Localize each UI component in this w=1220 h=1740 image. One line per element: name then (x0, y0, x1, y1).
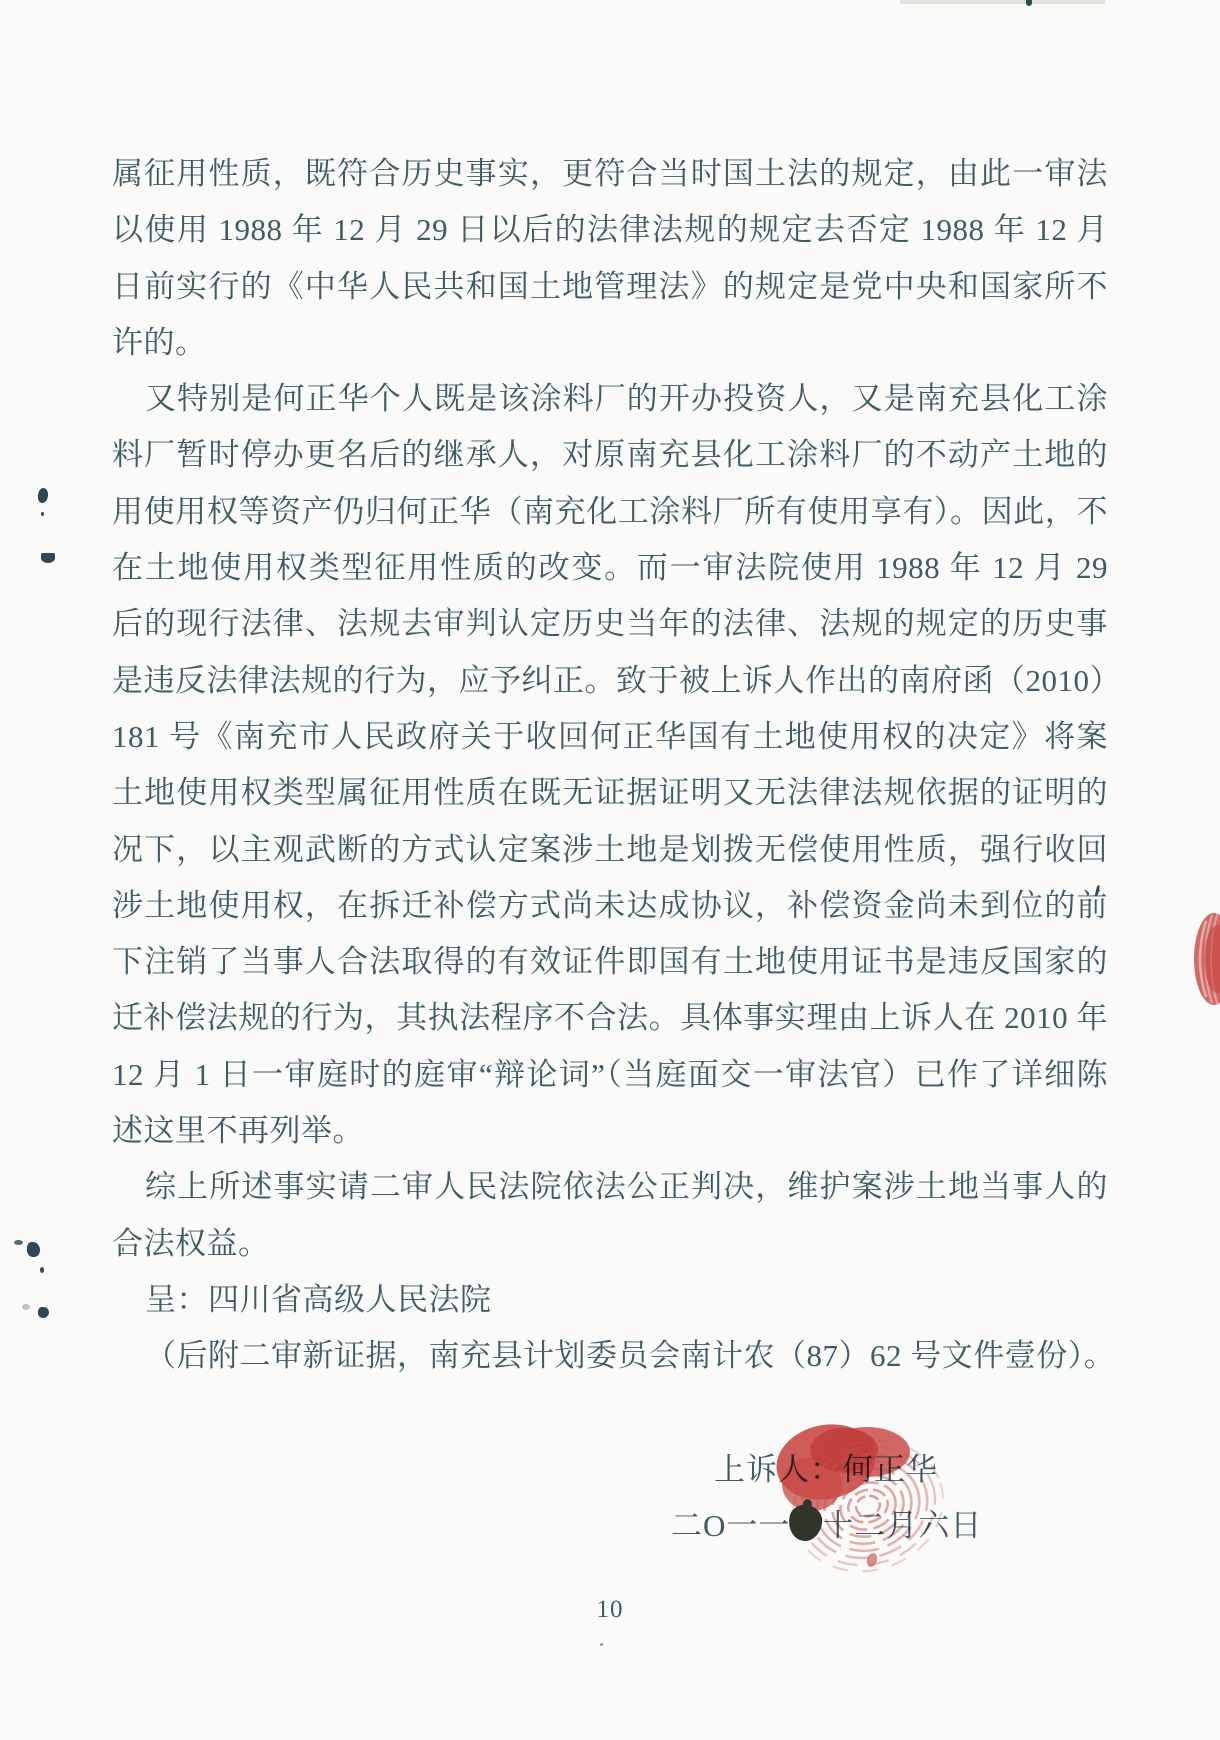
document-line: 在土地使用权类型征用性质的改变。而一审法院使用 1988 年 12 月 29 日… (112, 540, 1108, 596)
document-line: 况下，以主观武断的方式认定案涉土地是划拨无偿使用性质，强行收回案 (112, 822, 1108, 878)
document-line: 合法权益。 (112, 1216, 1108, 1272)
ink-speck (40, 1267, 44, 1273)
document-line: 181 号《南充市人民政府关于收回何正华国有土地使用权的决定》将案涉 (112, 709, 1108, 765)
ink-speck (600, 1643, 603, 1646)
document-line: 日前实行的《中华人民共和国土地管理法》的规定是党中央和国家所不允 (112, 259, 1108, 315)
document-line: 许的。 (112, 315, 1108, 371)
page-number: 10 (0, 1596, 1220, 1624)
document-line: 迁补偿法规的行为，其执法程序不合法。具体事实理由上诉人在 2010 年 (112, 990, 1108, 1046)
document-line: 呈：四川省高级人民法院 (112, 1272, 1108, 1328)
document-body: 属征用性质，既符合历史事实，更符合当时国土法的规定，由此一审法院 以使用 198… (112, 146, 1108, 1385)
document-line: （后附二审新证据，南充县计划委员会南计农（87）62 号文件壹份）。 (112, 1328, 1108, 1384)
ink-speck (1026, 0, 1032, 6)
ink-speck (14, 1240, 23, 1245)
scanned-document-page: 属征用性质，既符合历史事实，更符合当时国土法的规定，由此一审法院 以使用 198… (0, 0, 1220, 1740)
document-line: 综上所述事实请二审人民法院依法公正判决，维护案涉土地当事人的 (112, 1159, 1108, 1215)
document-line: 用使用权等资产仍归何正华（南充化工涂料厂所有使用享有）。因此，不存 (112, 484, 1108, 540)
red-edge-thumbprint (1184, 903, 1220, 1015)
signature-appellant-name: 上诉人：何正华 (714, 1444, 938, 1489)
scanner-artifact-line (900, 0, 1105, 4)
document-line: 下注销了当事人合法取得的有效证件即国有土地使用证书是违反国家的拆 (112, 934, 1108, 990)
signature-date: 二O一一年十二月六日 (671, 1500, 982, 1545)
document-line: 又特别是何正华个人既是该涂料厂的开办投资人，又是南充县化工涂 (112, 371, 1108, 427)
document-line: 是违反法律法规的行为，应予纠正。致于被上诉人作出的南府函（2010） (112, 653, 1108, 709)
document-line: 涉土地使用权，在拆迁补偿方式尚未达成协议，补偿资金尚未到位的前提 (112, 878, 1108, 934)
ink-speck (41, 553, 55, 563)
document-line: 以使用 1988 年 12 月 29 日以后的法律法规的规定去否定 1988 年… (112, 202, 1108, 258)
ink-speck (22, 1304, 30, 1310)
document-line: 料厂暂时停办更名后的继承人，对原南充县化工涂料厂的不动产土地的征 (112, 427, 1108, 483)
ink-speck (41, 512, 44, 516)
ink-speck (122, 1247, 124, 1252)
ink-speck (27, 1242, 40, 1257)
document-line: 属征用性质，既符合历史事实，更符合当时国土法的规定，由此一审法院 (112, 146, 1108, 202)
document-line: 述这里不再列举。 (112, 1103, 1108, 1159)
ink-speck (38, 1307, 49, 1318)
document-line: 后的现行法律、法规去审判认定历史当年的法律、法规的规定的历史事实 (112, 596, 1108, 652)
ink-speck (37, 487, 49, 504)
document-line: 12 月 1 日一审庭时的庭审“辩论词”（当庭面交一审法官）已作了详细陈 (112, 1047, 1108, 1103)
document-line: 土地使用权类型属征用性质在既无证据证明又无法律法规依据的证明的情 (112, 765, 1108, 821)
